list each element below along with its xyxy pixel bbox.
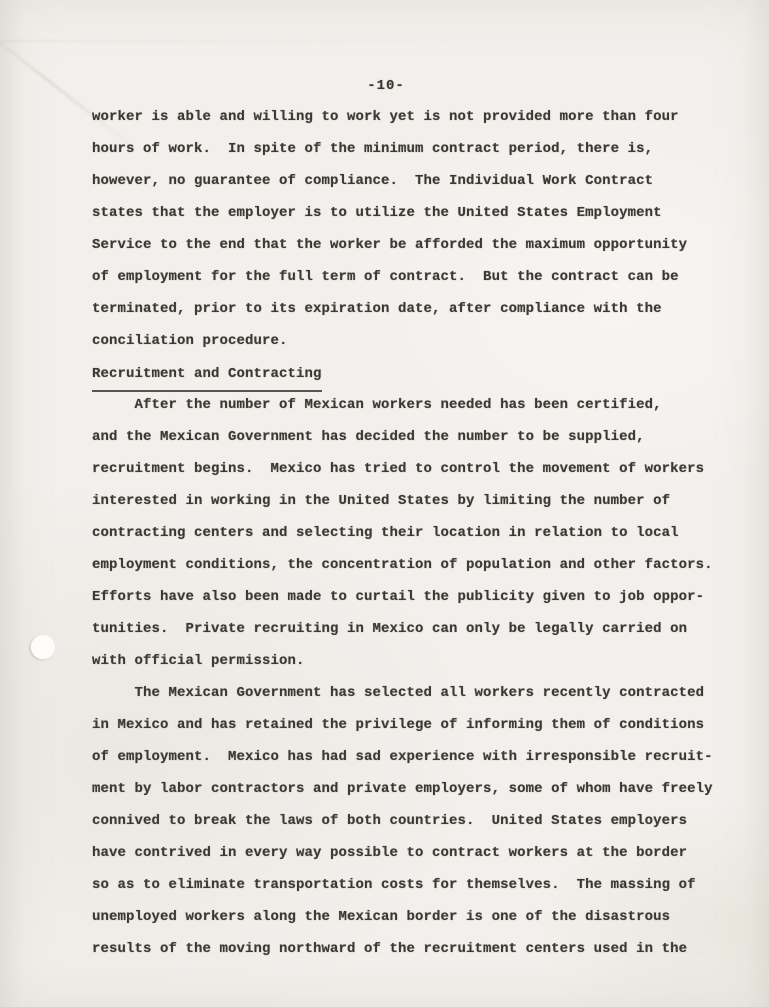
text-line: Efforts have also been made to curtail t… — [92, 581, 732, 613]
text-line: conciliation procedure. — [92, 325, 732, 357]
text-line: of employment for the full term of contr… — [92, 261, 732, 293]
text-line: tunities. Private recruiting in Mexico c… — [92, 613, 732, 645]
text-line: and the Mexican Government has decided t… — [92, 421, 732, 453]
text-line: worker is able and willing to work yet i… — [92, 101, 732, 133]
paragraph-1: worker is able and willing to work yet i… — [92, 101, 732, 357]
text-line: terminated, prior to its expiration date… — [92, 293, 732, 325]
text-line: hours of work. In spite of the minimum c… — [92, 133, 732, 165]
text-line: connived to break the laws of both count… — [92, 805, 732, 837]
page-number: -10- — [92, 70, 680, 102]
text-line: The Mexican Government has selected all … — [92, 677, 732, 709]
text-line: unemployed workers along the Mexican bor… — [92, 901, 732, 933]
text-line: so as to eliminate transportation costs … — [92, 869, 732, 901]
text-line: with official permission. — [92, 645, 732, 677]
text-line: employment conditions, the concentration… — [92, 549, 732, 581]
text-line: however, no guarantee of compliance. The… — [92, 165, 732, 197]
paper-crease — [0, 40, 769, 42]
text-line: ment by labor contractors and private em… — [92, 773, 732, 805]
paragraph-2: After the number of Mexican workers need… — [92, 389, 732, 677]
text-line: of employment. Mexico has had sad experi… — [92, 741, 732, 773]
section-heading-text: Recruitment and Contracting — [92, 358, 322, 392]
text-line: contracting centers and selecting their … — [92, 517, 732, 549]
text-line: After the number of Mexican workers need… — [92, 389, 732, 421]
section-heading: Recruitment and Contracting — [92, 357, 732, 389]
text-line: in Mexico and has retained the privilege… — [92, 709, 732, 741]
text-line: Service to the end that the worker be af… — [92, 229, 732, 261]
document-page: -10- worker is able and willing to work … — [0, 0, 769, 1007]
text-line: have contrived in every way possible to … — [92, 837, 732, 869]
text-line: states that the employer is to utilize t… — [92, 197, 732, 229]
text-line: results of the moving northward of the r… — [92, 933, 732, 965]
hole-punch — [31, 635, 55, 659]
document-body: worker is able and willing to work yet i… — [92, 101, 732, 965]
paragraph-3: The Mexican Government has selected all … — [92, 677, 732, 965]
text-line: interested in working in the United Stat… — [92, 485, 732, 517]
text-line: recruitment begins. Mexico has tried to … — [92, 453, 732, 485]
